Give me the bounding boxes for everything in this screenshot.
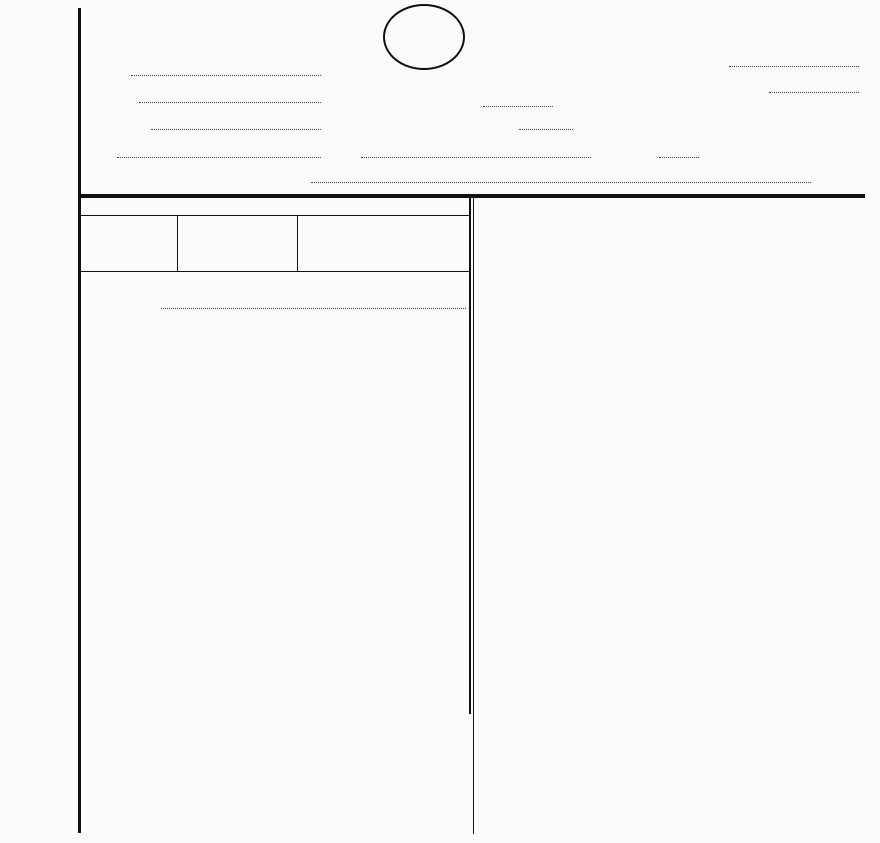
death-certificate [78,8,864,833]
rule [297,216,298,271]
street-field[interactable] [659,157,699,158]
margin-notes [0,0,78,843]
file-no-field[interactable] [729,66,859,67]
center-divider [469,194,471,714]
rule [81,271,469,272]
county-field[interactable] [131,75,321,76]
stamp-mark [383,4,465,70]
vot-pct-field[interactable] [139,102,321,103]
registered-no-field[interactable] [769,92,859,93]
dob-field[interactable] [161,308,466,309]
center-divider-inner [473,194,474,834]
primary-district-field[interactable] [519,129,573,130]
street-no-field[interactable] [361,157,591,158]
rule [81,215,469,216]
rule [177,216,178,271]
reg-district-field[interactable] [483,106,553,107]
city-field[interactable] [117,157,321,158]
inc-town-field[interactable] [151,129,321,130]
full-name-field[interactable] [311,182,811,183]
